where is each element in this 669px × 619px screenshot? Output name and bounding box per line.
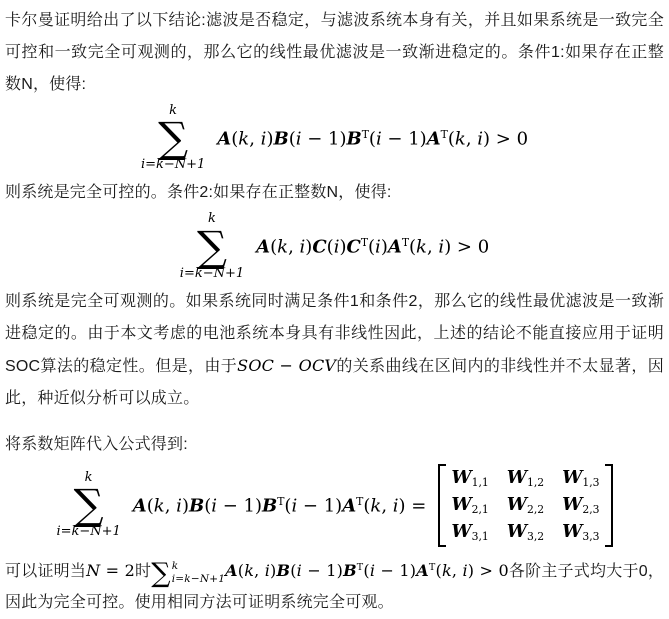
math-token: A — [217, 128, 231, 149]
summation: k∑i=k−N+1 — [180, 212, 244, 280]
math-token: 3,2 — [527, 531, 544, 544]
math-token: ) — [381, 236, 388, 257]
inline-summation: ∑ki=k−N+1 — [151, 560, 225, 587]
math-token: − 1) — [382, 128, 427, 149]
math-token: − 1) — [375, 560, 416, 579]
math-token: − 1) — [302, 560, 343, 579]
math-token: ( — [289, 128, 296, 149]
matrix-cell: W1,2 — [507, 467, 544, 489]
matrix-cell: W3,3 — [562, 521, 599, 543]
math-token: W — [451, 467, 471, 488]
paragraph-proof-conclusion: 可以证明当N = 2时∑ki=k−N+1A(k, i)B(i − 1)BT(i … — [5, 552, 664, 619]
math-token: , — [381, 495, 392, 516]
paragraph-substitute-matrix: 将系数矩阵代入公式得到: — [5, 429, 664, 461]
math-token: ) > 0 — [468, 560, 509, 579]
text-run: 卡尔曼证明给出了以下结论:滤波是否稳定，与滤波系统本身有关，并且如果系统是一致完… — [5, 12, 664, 93]
math-token: , — [427, 236, 438, 257]
math-token: T — [402, 236, 409, 249]
math-token: T — [441, 128, 448, 141]
math-token: W — [507, 494, 527, 515]
text-run: 时 — [135, 562, 151, 579]
math-token: 1,1 — [472, 476, 489, 489]
summation-symbol: ∑ — [158, 118, 188, 158]
math-token: A — [416, 560, 429, 579]
math-token: A — [388, 236, 402, 257]
text-run: 可以证明当 — [5, 562, 86, 579]
matrix-cell: W2,3 — [562, 494, 599, 516]
matrix-right-bracket — [605, 464, 613, 547]
math-token: k — [455, 128, 466, 149]
summation-upper-limit: k — [172, 560, 179, 573]
text-run: 将系数矩阵代入公式得到: — [5, 436, 188, 453]
math-token: ) > 0 — [444, 236, 489, 257]
matrix-cell: W2,1 — [451, 494, 488, 516]
matrix-left-bracket — [438, 464, 446, 547]
math-token: , — [254, 560, 265, 579]
math-token: − 1) — [297, 495, 342, 516]
math-token: A — [256, 236, 270, 257]
math-token: W — [451, 521, 471, 542]
math-token: T — [361, 236, 368, 249]
summation: k∑i=k−N+1 — [56, 471, 120, 539]
math-token: W — [451, 494, 471, 515]
summation-lower-limit: i=k−N+1 — [172, 573, 225, 586]
math-token: B — [189, 495, 204, 516]
formula-coefficient-matrix-result: k∑i=k−N+1A(k, i)B(i − 1)BT(i − 1)AT(k, i… — [5, 464, 664, 547]
matrix-w: W1,1W1,2W1,3W2,1W2,2W2,3W3,1W3,2W3,3 — [438, 464, 612, 547]
math-token: , — [288, 236, 299, 257]
formula-condition2-observability: k∑i=k−N+1A(k, i)C(i)CT(i)AT(k, i) > 0 — [5, 212, 664, 280]
math-token: , — [165, 495, 176, 516]
math-token: B — [343, 560, 357, 579]
math-token: k — [238, 128, 249, 149]
summation-symbol: ∑ — [151, 560, 170, 587]
math-token: ( — [409, 236, 416, 257]
formula-body: A(k, i)B(i − 1)BT(i − 1)AT(k, i) > 0 — [217, 128, 528, 149]
math-token: W — [562, 521, 582, 542]
math-token: − 1) — [301, 128, 346, 149]
math-token: ( — [147, 495, 154, 516]
summation: k∑i=k−N+1 — [141, 104, 205, 172]
math-token: 1,3 — [582, 476, 599, 489]
math-token: = 2 — [100, 560, 135, 579]
math-token: k — [244, 560, 254, 579]
document-body: 卡尔曼证明给出了以下结论:滤波是否稳定，与滤波系统本身有关，并且如果系统是一致完… — [5, 5, 664, 619]
math-token: N — [86, 560, 100, 579]
formula-body: A(k, i)B(i − 1)BT(i − 1)AT(k, i) = — [133, 495, 427, 516]
math-token: k — [154, 495, 165, 516]
math-token: ) = — [399, 495, 427, 516]
math-token: W — [562, 494, 582, 515]
math-token: 3,3 — [582, 531, 599, 544]
math-token: W — [507, 521, 527, 542]
summation-lower-limit: i=k−N+1 — [141, 158, 205, 172]
summation-limits: ki=k−N+1 — [172, 560, 225, 586]
paragraph-condition2-intro: 则系统是完全可控的。条件2:如果存在正整数N，使得: — [5, 177, 664, 209]
math-token: k — [416, 236, 427, 257]
math-token: ( — [368, 236, 375, 257]
math-token: B — [276, 560, 290, 579]
math-token: A — [427, 128, 441, 149]
math-token: ( — [369, 128, 376, 149]
math-token: ( — [327, 236, 334, 257]
math-token: k — [370, 495, 381, 516]
matrix-cell: W1,1 — [451, 467, 488, 489]
summation-lower-limit: i=k−N+1 — [56, 525, 120, 539]
summation-symbol: ∑ — [197, 227, 227, 267]
math-token: B — [273, 128, 288, 149]
math-token: A — [225, 560, 238, 579]
math-token: ) > 0 — [483, 128, 528, 149]
text-run: 则系统是完全可控的。条件2:如果存在正整数N，使得: — [5, 184, 392, 201]
math-token: k — [277, 236, 288, 257]
matrix-cell: W3,1 — [451, 521, 488, 543]
math-token: W — [562, 467, 582, 488]
math-token: − 1) — [217, 495, 262, 516]
matrix-cell: W2,2 — [507, 494, 544, 516]
math-token: 1,2 — [527, 476, 544, 489]
math-token: k — [442, 560, 452, 579]
formula-body: A(k, i)C(i)CT(i)AT(k, i) > 0 — [256, 236, 489, 257]
paragraph-kalman-conclusion: 卡尔曼证明给出了以下结论:滤波是否稳定，与滤波系统本身有关，并且如果系统是一致完… — [5, 5, 664, 101]
math-token: T — [362, 128, 369, 141]
math-token: , — [466, 128, 477, 149]
formula-condition1-controllability: k∑i=k−N+1A(k, i)B(i − 1)BT(i − 1)AT(k, i… — [5, 104, 664, 172]
summation-lower-limit: i=k−N+1 — [180, 267, 244, 281]
math-token: 2,1 — [472, 503, 489, 516]
math-token: , — [249, 128, 260, 149]
math-token: W — [507, 467, 527, 488]
math-token: SOC − OCV — [237, 356, 336, 375]
math-token: 3,1 — [472, 531, 489, 544]
math-token: , — [452, 560, 463, 579]
math-token: B — [346, 128, 361, 149]
math-token: 2,3 — [582, 503, 599, 516]
matrix-grid: W1,1W1,2W1,3W2,1W2,2W2,3W3,1W3,2W3,3 — [446, 464, 604, 547]
summation-symbol: ∑ — [74, 485, 104, 525]
math-token: C — [312, 236, 326, 257]
math-token: B — [262, 495, 277, 516]
matrix-cell: W3,2 — [507, 521, 544, 543]
math-token: 2,2 — [527, 503, 544, 516]
math-token: A — [133, 495, 147, 516]
paragraph-stability-discussion: 则系统是完全可观测的。如果系统同时满足条件1和条件2，那么它的线性最优滤波是一致… — [5, 286, 664, 415]
matrix-cell: W1,3 — [562, 467, 599, 489]
math-token: ) — [182, 495, 189, 516]
math-token: ( — [448, 128, 455, 149]
math-token: A — [342, 495, 356, 516]
math-token: C — [346, 236, 360, 257]
